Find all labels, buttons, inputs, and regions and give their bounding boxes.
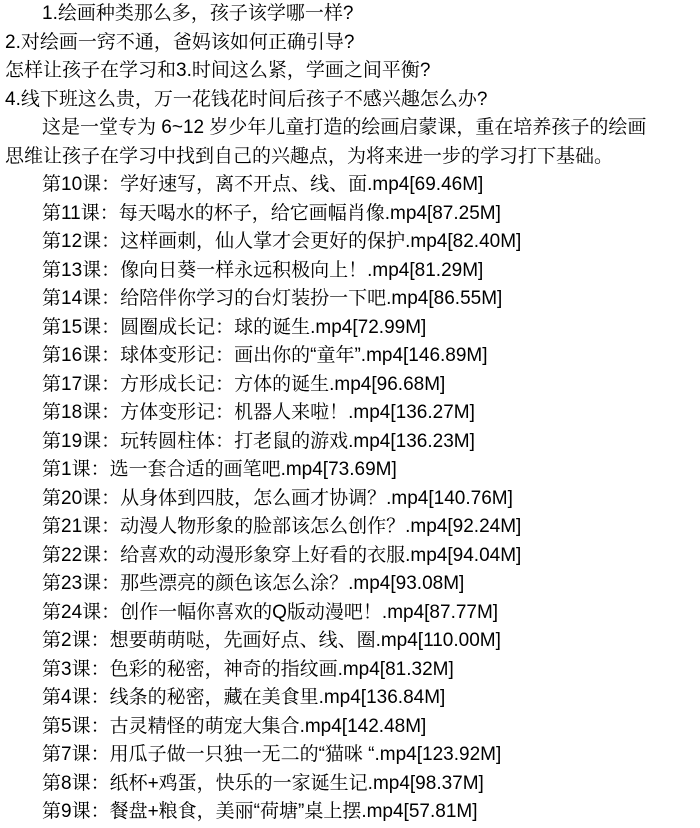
text-line: 第14课：给陪伴你学习的台灯装扮一下吧.mp4[86.55M] [5, 285, 700, 314]
text-line: 第7课：用瓜子做一只独一无二的“猫咪 “.mp4[123.92M] [5, 741, 700, 770]
text-line: 第21课：动漫人物形象的脸部该怎么创作？.mp4[92.24M] [5, 513, 700, 542]
text-line: 第4课：线条的秘密，藏在美食里.mp4[136.84M] [5, 684, 700, 713]
text-line: 第15课：圆圈成长记：球的诞生.mp4[72.99M] [5, 314, 700, 343]
text-line: 1.绘画种类那么多，孩子该学哪一样? [5, 0, 700, 29]
text-line: 第18课：方体变形记：机器人来啦！.mp4[136.27M] [5, 399, 700, 428]
text-line: 第5课：古灵精怪的萌宠大集合.mp4[142.48M] [5, 713, 700, 742]
text-line: 这是一堂专为 6~12 岁少年儿童打造的绘画启蒙课，重在培养孩子的绘画 [5, 114, 700, 143]
document-body: 1.绘画种类那么多，孩子该学哪一样?2.对绘画一窍不通，爸妈该如何正确引导?怎样… [0, 0, 700, 828]
text-line: 第13课：像向日葵一样永远积极向上！.mp4[81.29M] [5, 257, 700, 286]
text-line: 第10课：学好速写，离不开点、线、面.mp4[69.46M] [5, 171, 700, 200]
text-line: 第16课：球体变形记：画出你的“童年”.mp4[146.89M] [5, 342, 700, 371]
text-line: 第11课：每天喝水的杯子，给它画幅肖像.mp4[87.25M] [5, 200, 700, 229]
text-line: 第12课：这样画刺，仙人掌才会更好的保护.mp4[82.40M] [5, 228, 700, 257]
text-line: 2.对绘画一窍不通，爸妈该如何正确引导? [5, 29, 700, 58]
text-line: 第24课：创作一幅你喜欢的Q版动漫吧！.mp4[87.77M] [5, 599, 700, 628]
text-line: 4.线下班这么贵，万一花钱花时间后孩子不感兴趣怎么办? [5, 86, 700, 115]
text-line: 第2课：想要萌萌哒，先画好点、线、圈.mp4[110.00M] [5, 627, 700, 656]
text-line: 第17课：方形成长记：方体的诞生.mp4[96.68M] [5, 371, 700, 400]
text-line: 怎样让孩子在学习和3.时间这么紧，学画之间平衡? [5, 57, 700, 86]
text-line: 第3课：色彩的秘密，神奇的指纹画.mp4[81.32M] [5, 656, 700, 685]
text-line: 第22课：给喜欢的动漫形象穿上好看的衣服.mp4[94.04M] [5, 542, 700, 571]
text-line: 第8课：纸杯+鸡蛋，快乐的一家诞生记.mp4[98.37M] [5, 770, 700, 799]
text-line: 第1课：选一套合适的画笔吧.mp4[73.69M] [5, 456, 700, 485]
text-line: 第9课：餐盘+粮食，美丽“荷塘”桌上摆.mp4[57.81M] [5, 798, 700, 827]
text-line: 第23课：那些漂亮的颜色该怎么涂？.mp4[93.08M] [5, 570, 700, 599]
text-line: 第20课：从身体到四肢，怎么画才协调？.mp4[140.76M] [5, 485, 700, 514]
text-line: 思维让孩子在学习中找到自己的兴趣点，为将来进一步的学习打下基础。 [5, 143, 700, 172]
text-line: 第19课：玩转圆柱体：打老鼠的游戏.mp4[136.23M] [5, 428, 700, 457]
